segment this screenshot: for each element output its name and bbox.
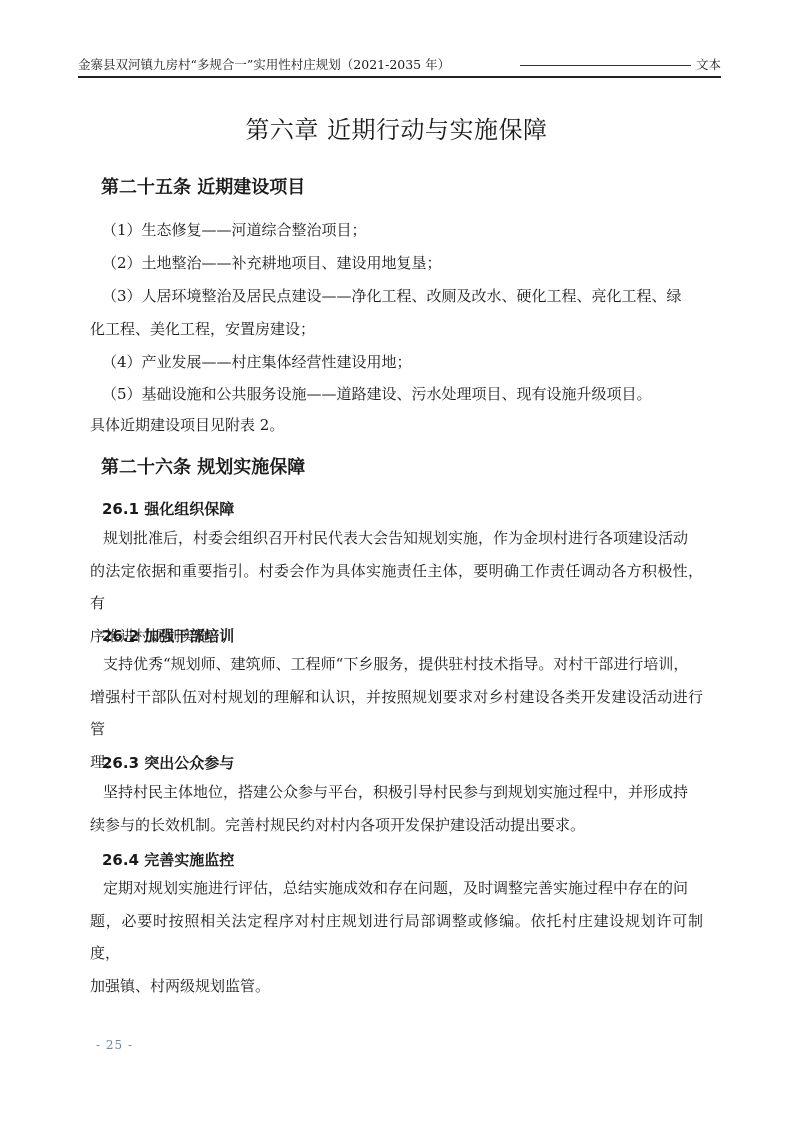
article-26-title: 第二十六条 规划实施保障 <box>101 455 305 481</box>
section-26-4-body: 定期对规划实施进行评估，总结实施成效和存在问题，及时调整完善实施过程中存在的问 … <box>90 872 703 1002</box>
article-25-title: 第二十五条 近期建设项目 <box>101 175 305 201</box>
list-item: （3）人居环境整治及居民点建设——净化工程、改厕及改水、硬化工程、亮化工程、绿 <box>102 285 682 307</box>
page-number: - 25 - <box>96 1038 133 1052</box>
list-item: （4）产业发展——村庄集体经营性建设用地； <box>102 351 412 373</box>
list-item: （1）生态修复——河道综合整治项目； <box>102 219 367 241</box>
header-dash-rule <box>520 65 691 66</box>
section-26-3-title: 26.3 突出公众参与 <box>102 752 234 774</box>
section-26-4-title: 26.4 完善实施监控 <box>102 849 234 871</box>
section-26-2-title: 26.2 加强干部培训 <box>102 625 234 647</box>
chapter-title: 第六章 近期行动与实施保障 <box>0 113 793 147</box>
section-26-1-title: 26.1 强化组织保障 <box>102 498 234 520</box>
list-item-continuation: 化工程、美化工程，安置房建设； <box>90 318 315 340</box>
header-section-label: 文本 <box>696 56 721 74</box>
section-26-3-body: 坚持村民主体地位，搭建公众参与平台，积极引导村民参与到规划实施过程中，并形成持 … <box>90 776 703 841</box>
header-document-title: 金寨县双河镇九房村“多规合一”实用性村庄规划（2021-2035 年） <box>78 56 450 74</box>
appendix-note: 具体近期建设项目见附表 2。 <box>90 414 284 436</box>
running-header: 金寨县双河镇九房村“多规合一”实用性村庄规划（2021-2035 年） 文本 <box>78 56 721 78</box>
list-item: （5）基础设施和公共服务设施——道路建设、污水处理项目、现有设施升级项目。 <box>102 383 652 405</box>
list-item: （2）土地整治——补充耕地项目、建设用地复垦； <box>102 252 442 274</box>
